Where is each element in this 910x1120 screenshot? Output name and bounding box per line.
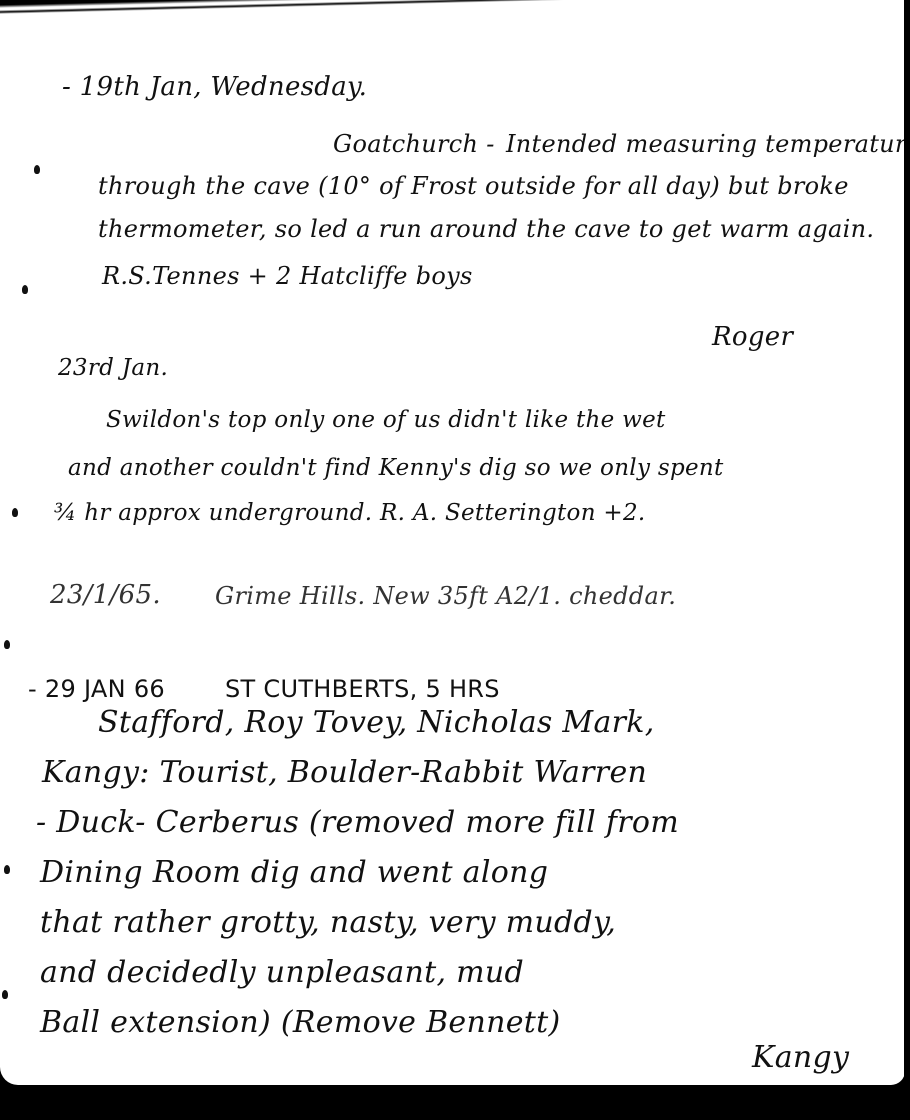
entry-4-line-3: - Duck- Cerberus (removed more fill from: [36, 805, 679, 840]
entry-2-line-1: Swildon's top only one of us didn't like…: [106, 407, 666, 433]
margin-mark: [4, 640, 10, 649]
margin-mark: [4, 865, 10, 874]
entry-3-date: 23/1/65.: [50, 580, 161, 610]
entry-4-line-7: Ball extension) (Remove Bennett): [40, 1005, 560, 1040]
entry-4-line-2: Kangy: Tourist, Boulder-Rabbit Warren: [42, 755, 647, 790]
entry-3-line-1: Grime Hills. New 35ft A2/1. cheddar.: [215, 582, 676, 610]
page-right-edge: [904, 0, 910, 1085]
entry-1-line-3: thermometer, so led a run around the cav…: [98, 215, 874, 243]
entry-4-location: ST CUTHBERTS, 5 HRS: [225, 675, 500, 703]
entry-4-line-1: Stafford, Roy Tovey, Nicholas Mark,: [98, 705, 655, 740]
page-top-edge: [0, 0, 910, 16]
entry-4-line-4: Dining Room dig and went along: [40, 855, 548, 890]
entry-4-line-5: that rather grotty, nasty, very muddy,: [40, 905, 616, 940]
entry-1-signature: Roger: [712, 322, 793, 352]
entry-2-line-2: and another couldn't find Kenny's dig so…: [68, 455, 724, 481]
entry-1-location: Goatchurch -: [333, 130, 495, 158]
entry-1-line-1: Intended measuring temperature: [506, 130, 910, 158]
margin-mark: [12, 508, 18, 517]
margin-mark: [34, 165, 40, 174]
entry-4-signature: Kangy: [752, 1040, 849, 1075]
entry-4-date: - 29 JAN 66: [28, 675, 165, 703]
logbook-page: - 19th Jan, Wednesday. Goatchurch - Inte…: [0, 0, 905, 1085]
margin-mark: [22, 285, 28, 294]
entry-1-line-4: R.S.Tennes + 2 Hatcliffe boys: [102, 262, 473, 290]
entry-4-line-6: and decidedly unpleasant, mud: [40, 955, 524, 990]
entry-1-line-2: through the cave (10° of Frost outside f…: [98, 172, 849, 200]
margin-mark: [2, 990, 8, 999]
entry-1-date: - 19th Jan, Wednesday.: [62, 72, 367, 102]
entry-2-line-3: ¾ hr approx underground. R. A. Settering…: [54, 500, 646, 526]
entry-2-date: 23rd Jan.: [58, 355, 168, 381]
